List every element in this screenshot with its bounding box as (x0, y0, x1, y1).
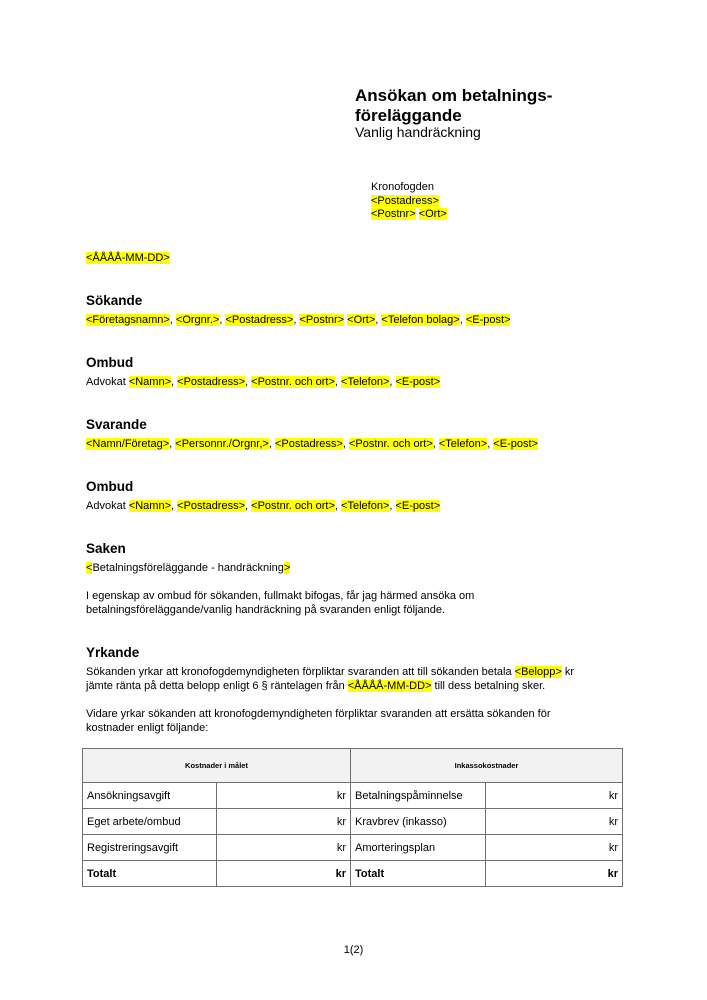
amount-cell[interactable]: kr (486, 783, 623, 809)
ombud-prefix: Advokat (86, 500, 126, 512)
amount-cell[interactable]: kr (217, 783, 351, 809)
field-namn[interactable]: <Namn> (129, 500, 171, 512)
cost-line-1: Vidare yrkar sökanden att kronofogdemynd… (86, 708, 626, 722)
header-kostnader-i-malet: Kostnader i målet (83, 749, 351, 783)
table-total-row: Totalt kr Totalt kr (83, 861, 623, 887)
field-telefon[interactable]: <Telefon> (341, 376, 389, 388)
field-ranta-datum[interactable]: <ÅÅÅÅ-MM-DD> (348, 680, 432, 692)
total-label: Totalt (83, 861, 217, 887)
field-epost[interactable]: <E-post> (466, 314, 511, 326)
heading-ombud-svarande: Ombud (86, 479, 133, 495)
heading-saken: Saken (86, 541, 126, 557)
cost-paragraph: Vidare yrkar sökanden att kronofogdemynd… (86, 708, 626, 735)
field-epost[interactable]: <E-post> (396, 500, 441, 512)
heading-ombud: Ombud (86, 355, 133, 371)
table-row: Ansökningsavgift kr Betalningspåminnelse… (83, 783, 623, 809)
field-postnr-ort[interactable]: <Postnr. och ort> (349, 438, 433, 450)
amount-cell[interactable]: kr (486, 835, 623, 861)
table-row: Eget arbete/ombud kr Kravbrev (inkasso) … (83, 809, 623, 835)
row-label: Ansökningsavgift (83, 783, 217, 809)
field-postnr[interactable]: <Postnr> (299, 314, 344, 326)
sokande-fields: <Företagsnamn>, <Orgnr.>, <Postadress>, … (86, 314, 510, 328)
svarande-fields: <Namn/Företag>, <Personnr./Orgnr,>, <Pos… (86, 438, 538, 452)
field-postadress[interactable]: <Postadress> (225, 314, 293, 326)
yrkande-text: Sökanden yrkar att kronofogdemyndigheten… (86, 666, 515, 678)
recipient-name: Kronofogden (371, 181, 447, 195)
intro-line-2: betalningsföreläggande/vanlig handräckni… (86, 604, 626, 618)
recipient-ort[interactable]: <Ort> (419, 208, 447, 220)
ombud2-fields: Advokat <Namn>, <Postadress>, <Postnr. o… (86, 500, 440, 514)
row-label: Registreringsavgift (83, 835, 217, 861)
field-namn[interactable]: <Namn> (129, 376, 171, 388)
heading-svarande: Svarande (86, 417, 147, 433)
field-personnr-orgnr[interactable]: <Personnr./Orgnr,> (175, 438, 269, 450)
field-telefon-bolag[interactable]: <Telefon bolag> (381, 314, 459, 326)
intro-paragraph: I egenskap av ombud för sökanden, fullma… (86, 590, 626, 617)
ombud-prefix: Advokat (86, 376, 126, 388)
row-label: Betalningspåminnelse (351, 783, 486, 809)
document-subtitle: Vanlig handräckning (355, 124, 481, 141)
field-namn-foretag[interactable]: <Namn/Företag> (86, 438, 169, 450)
yrkande-text: till dess betalning sker. (432, 680, 546, 692)
header-inkassokostnader: Inkassokostnader (351, 749, 623, 783)
row-label: Kravbrev (inkasso) (351, 809, 486, 835)
title-line-2: föreläggande (355, 106, 552, 126)
field-belopp[interactable]: <Belopp> (515, 666, 562, 678)
table-row: Registreringsavgift kr Amorteringsplan k… (83, 835, 623, 861)
field-ort[interactable]: <Ort> (347, 314, 375, 326)
total-amount-cell[interactable]: kr (486, 861, 623, 887)
row-label: Eget arbete/ombud (83, 809, 217, 835)
total-amount-cell[interactable]: kr (217, 861, 351, 887)
saken-close-bracket: > (284, 562, 290, 574)
total-label: Totalt (351, 861, 486, 887)
amount-cell[interactable]: kr (217, 809, 351, 835)
amount-cell[interactable]: kr (217, 835, 351, 861)
ombud1-fields: Advokat <Namn>, <Postadress>, <Postnr. o… (86, 376, 440, 390)
recipient-postnr[interactable]: <Postnr> (371, 208, 416, 220)
field-postadress[interactable]: <Postadress> (177, 500, 245, 512)
cost-line-2: kostnader enligt följande: (86, 722, 626, 736)
title-line-1: Ansökan om betalnings- (355, 86, 552, 106)
yrkande-text: jämte ränta på detta belopp enligt 6 § r… (86, 680, 348, 692)
recipient-postadress[interactable]: <Postadress> (371, 195, 439, 207)
document-title: Ansökan om betalnings- föreläggande (355, 86, 552, 126)
field-orgnr[interactable]: <Orgnr.> (176, 314, 219, 326)
field-postnr-ort[interactable]: <Postnr. och ort> (251, 376, 335, 388)
yrkande-unit: kr (562, 666, 574, 678)
field-foretagsnamn[interactable]: <Företagsnamn> (86, 314, 170, 326)
field-epost[interactable]: <E-post> (493, 438, 538, 450)
costs-table: Kostnader i målet Inkassokostnader Ansök… (82, 748, 623, 887)
field-postadress[interactable]: <Postadress> (275, 438, 343, 450)
intro-line-1: I egenskap av ombud för sökanden, fullma… (86, 590, 626, 604)
amount-cell[interactable]: kr (486, 809, 623, 835)
recipient-address: Kronofogden <Postadress> <Postnr> <Ort> (371, 181, 447, 222)
field-telefon[interactable]: <Telefon> (341, 500, 389, 512)
page-number: 1(2) (0, 944, 707, 956)
field-postnr-ort[interactable]: <Postnr. och ort> (251, 500, 335, 512)
field-postadress[interactable]: <Postadress> (177, 376, 245, 388)
field-telefon[interactable]: <Telefon> (439, 438, 487, 450)
field-epost[interactable]: <E-post> (396, 376, 441, 388)
heading-yrkande: Yrkande (86, 645, 139, 661)
document-date: <ÅÅÅÅ-MM-DD> (86, 252, 170, 265)
yrkande-paragraph: Sökanden yrkar att kronofogdemyndigheten… (86, 666, 626, 693)
heading-sokande: Sökande (86, 293, 142, 309)
date-placeholder[interactable]: <ÅÅÅÅ-MM-DD> (86, 252, 170, 264)
saken-field[interactable]: <Betalningsföreläggande - handräckning> (86, 562, 290, 576)
row-label: Amorteringsplan (351, 835, 486, 861)
saken-text: Betalningsföreläggande - handräckning (92, 562, 283, 574)
